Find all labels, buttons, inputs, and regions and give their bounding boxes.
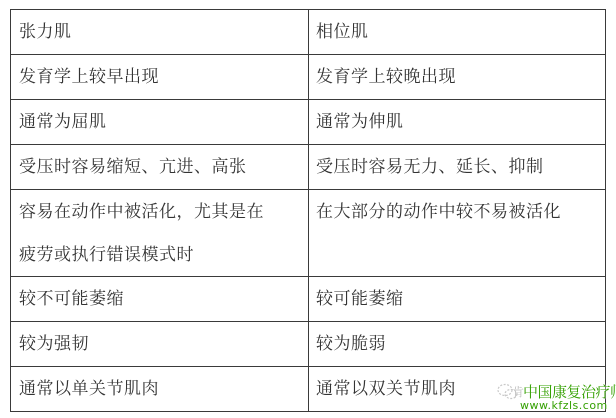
cell-line: 容易在动作中被活化，尤其是在 — [19, 190, 308, 233]
table-row: 发育学上较早出现 发育学上较晚出现 — [11, 55, 606, 100]
cell-right: 发育学上较晚出现 — [309, 55, 606, 100]
cell-line: 疲劳或执行错误模式时 — [19, 233, 308, 276]
table-header-row: 张力肌 相位肌 — [11, 10, 606, 55]
cell-left: 通常为屈肌 — [11, 100, 309, 145]
cell-left: 较不可能萎缩 — [11, 277, 309, 322]
table-row: 较不可能萎缩 较可能萎缩 — [11, 277, 606, 322]
muscle-comparison-table: 张力肌 相位肌 发育学上较早出现 发育学上较晚出现 通常为屈肌 通常为伸肌 受压… — [10, 9, 606, 412]
header-tonic-muscle: 张力肌 — [11, 10, 309, 55]
cell-right: 在大部分的动作中较不易被活化 — [309, 190, 606, 277]
header-phasic-muscle: 相位肌 — [309, 10, 606, 55]
cell-line: 在大部分的动作中较不易被活化 — [316, 190, 605, 233]
cell-right: 通常为伸肌 — [309, 100, 606, 145]
cell-left: 受压时容易缩短、亢进、高张 — [11, 145, 309, 190]
cell-left: 容易在动作中被活化，尤其是在 疲劳或执行错误模式时 — [11, 190, 309, 277]
cell-right: 受压时容易无力、延长、抑制 — [309, 145, 606, 190]
table-row: 受压时容易缩短、亢进、高张 受压时容易无力、延长、抑制 — [11, 145, 606, 190]
cell-right: 较可能萎缩 — [309, 277, 606, 322]
watermark-url: www.kfzls.com — [520, 399, 608, 412]
cell-right: 较为脆弱 — [309, 322, 606, 367]
cell-left: 通常以单关节肌肉 — [11, 367, 309, 412]
table-row: 较为强韧 较为脆弱 — [11, 322, 606, 367]
table-row: 容易在动作中被活化，尤其是在 疲劳或执行错误模式时 在大部分的动作中较不易被活化 — [11, 190, 606, 277]
table-row: 通常为屈肌 通常为伸肌 — [11, 100, 606, 145]
cell-left: 发育学上较早出现 — [11, 55, 309, 100]
cell-left: 较为强韧 — [11, 322, 309, 367]
